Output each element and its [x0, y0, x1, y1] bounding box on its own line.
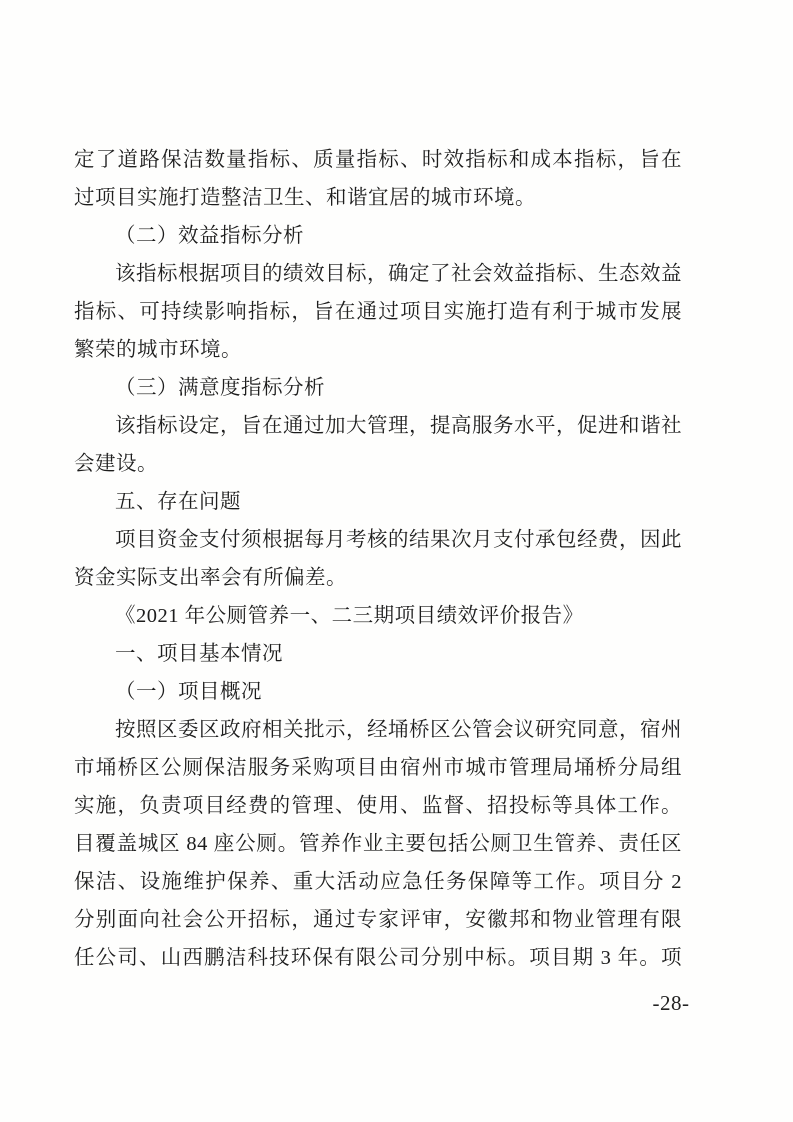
text-line: 实施，负责项目经费的管理、使用、监督、招投标等具体工作。项 [74, 787, 682, 825]
text-line: 定了道路保洁数量指标、质量指标、时效指标和成本指标，旨在通 [74, 141, 682, 179]
text-line: 资金实际支出率会有所偏差。 [74, 559, 682, 597]
text-line: 目覆盖城区 84 座公厕。管养作业主要包括公厕卫生管养、责任区域 [74, 825, 682, 863]
document-body: 定了道路保洁数量指标、质量指标、时效指标和成本指标，旨在通 过项目实施打造整洁卫… [74, 141, 682, 977]
page-number: -28- [645, 988, 697, 1018]
section-heading: （一）项目概况 [74, 673, 682, 711]
report-title: 《2021 年公厕管养一、二三期项目绩效评价报告》 [74, 597, 682, 635]
text-line: 该指标根据项目的绩效目标，确定了社会效益指标、生态效益 [74, 255, 682, 293]
text-line: 按照区委区政府相关批示，经埇桥区公管会议研究同意，宿州 [74, 711, 682, 749]
text-line: 市埇桥区公厕保洁服务采购项目由宿州市城市管理局埇桥分局组织 [74, 749, 682, 787]
section-heading: 五、存在问题 [74, 483, 682, 521]
text-line: 任公司、山西鹏洁科技环保有限公司分别中标。项目期 3 年。项目 [74, 939, 682, 977]
section-heading: （三）满意度指标分析 [74, 369, 682, 407]
text-line: 分别面向社会公开招标，通过专家评审，安徽邦和物业管理有限责 [74, 901, 682, 939]
text-line: 繁荣的城市环境。 [74, 331, 682, 369]
text-line: 过项目实施打造整洁卫生、和谐宜居的城市环境。 [74, 179, 682, 217]
text-line: 该指标设定，旨在通过加大管理，提高服务水平，促进和谐社 [74, 407, 682, 445]
text-line: 会建设。 [74, 445, 682, 483]
document-page: 定了道路保洁数量指标、质量指标、时效指标和成本指标，旨在通 过项目实施打造整洁卫… [0, 0, 793, 1122]
text-line: 保洁、设施维护保养、重大活动应急任务保障等工作。项目分 2 期， [74, 863, 682, 901]
section-heading: （二）效益指标分析 [74, 217, 682, 255]
text-line: 项目资金支付须根据每月考核的结果次月支付承包经费，因此 [74, 521, 682, 559]
section-heading: 一、项目基本情况 [74, 635, 682, 673]
text-line: 指标、可持续影响指标，旨在通过项目实施打造有利于城市发展和 [74, 293, 682, 331]
